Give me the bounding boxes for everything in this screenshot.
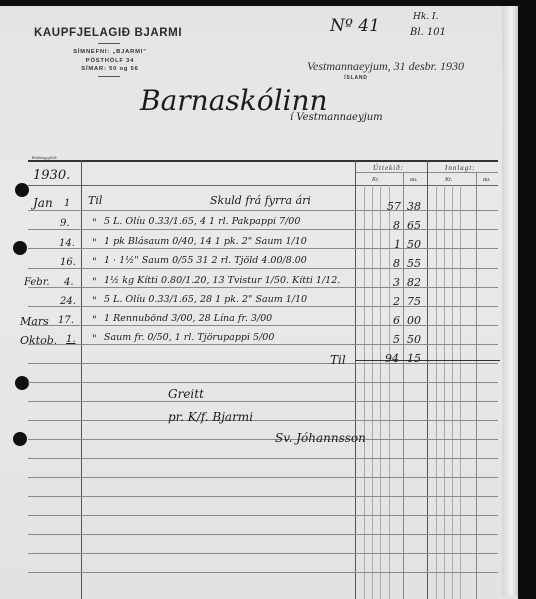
total-rule: [355, 360, 500, 361]
row-day: 16.: [60, 257, 76, 268]
total-label: Til: [330, 353, 346, 367]
ref-page: Bl. 101: [410, 27, 446, 38]
punch-hole-icon: [15, 376, 29, 390]
row-kr: 6: [393, 314, 400, 327]
received-per: pr. K/f. Bjarmi: [168, 410, 253, 424]
ref-book: Hk. I.: [413, 12, 438, 22]
row-line: [28, 420, 498, 421]
row-au: 75: [407, 295, 421, 308]
row-line: [28, 553, 498, 554]
total-kr: 94: [385, 352, 399, 365]
row-au: 65: [407, 219, 421, 232]
row-au: 00: [407, 314, 421, 327]
total-au: 15: [407, 352, 421, 365]
punch-hole-icon: [13, 241, 27, 255]
row-description: 1 pk Blásaum 0/40, 14 1 pk. 2" Saum 1/10: [104, 236, 307, 247]
row-line: [28, 477, 498, 478]
row-line: [28, 534, 498, 535]
divider: [98, 76, 120, 77]
row-line: [28, 572, 498, 573]
row-description: Saum fr. 0/50, 1 rl. Tjörupappi 5/00: [104, 332, 274, 343]
row-description: Skuld frá fyrra ári: [210, 194, 311, 207]
row-line: [28, 363, 498, 364]
row-day: 24.: [60, 296, 76, 307]
row-prefix: ": [92, 315, 97, 326]
row-line: [28, 382, 498, 383]
row-prefix: ": [92, 296, 97, 307]
row-line: [28, 268, 498, 269]
row-day: 4.: [64, 277, 74, 288]
invoice-number: Nº 41: [330, 16, 380, 36]
credit-kr-header: Kr.: [445, 177, 452, 183]
row-line: [28, 458, 498, 459]
phone-numbers: SÍMAR: 50 og 56: [60, 66, 160, 72]
paper-fold-edge: [502, 6, 518, 596]
row-prefix: ": [92, 277, 97, 288]
row-kr: 8: [393, 257, 400, 270]
country: ÍSLAND: [336, 75, 376, 81]
row-kr: 57: [387, 200, 401, 213]
row-month: Febr.: [24, 277, 50, 288]
row-description: 5 L. Olíu 0.33/1.65, 4 1 rl. Pakpappi 7/…: [104, 216, 300, 227]
row-line: [28, 229, 498, 230]
row-prefix: ": [92, 257, 97, 268]
ledger-year: 1930.: [33, 168, 70, 183]
row-description: 1 Rennubönd 3/00, 28 Lína fr. 3/00: [104, 313, 272, 324]
row-au: 82: [407, 276, 421, 289]
punch-hole-icon: [15, 183, 29, 197]
debit-column-header: Úttekið:: [373, 164, 404, 172]
row-au: 50: [407, 333, 421, 346]
row-day: 14.: [59, 238, 75, 249]
received-note: Greitt: [168, 387, 204, 401]
row-line: [28, 439, 498, 440]
row-prefix: Til: [88, 194, 102, 207]
row-line: [28, 210, 498, 211]
row-month: Mars: [20, 315, 49, 328]
row-day: 1: [64, 198, 70, 209]
row-description: 5 L. Olíu 0.33/1.65, 28 1 pk. 2" Saum 1/…: [104, 294, 307, 305]
row-line: [28, 248, 498, 249]
row-prefix: ": [92, 334, 97, 345]
row-month: Jan: [33, 196, 53, 210]
row-day: 17.: [58, 315, 74, 326]
row-prefix: ": [92, 238, 97, 249]
credit-column-header: Innlagt:: [445, 164, 476, 172]
row-kr: 1: [394, 238, 401, 251]
company-name: KAUPFJELAGIÐ BJARMI: [34, 27, 182, 39]
debit-au-header: au.: [410, 177, 418, 183]
row-line: [28, 325, 498, 326]
row-line: [28, 306, 498, 307]
row-prefix: ": [92, 218, 97, 229]
row-kr: 2: [393, 295, 400, 308]
row-kr: 8: [393, 219, 400, 232]
row-au: 55: [407, 257, 421, 270]
row-line: [28, 287, 498, 288]
row-line: [28, 515, 498, 516]
recipient-location: í Vestmannaeyjum: [290, 112, 383, 123]
place-date: Vestmannaeyjum, 31 desbr. 1930: [307, 59, 464, 74]
po-box: PÓSTHÓLF 34: [60, 58, 160, 64]
row-au: 38: [407, 200, 421, 213]
row-kr: 3: [393, 276, 400, 289]
row-au: 50: [407, 238, 421, 251]
row-month: Oktob.: [20, 334, 57, 347]
row-line: [28, 496, 498, 497]
punch-hole-icon: [13, 432, 27, 446]
row-day: 1.: [66, 334, 76, 345]
row-description: 1 · 1½" Saum 0/55 31 2 rl. Tjöld 4.00/8.…: [104, 255, 307, 266]
row-line: [28, 344, 498, 345]
row-description: 1½ kg Kítti 0.80/1.20, 13 Tvistur 1/50. …: [104, 275, 340, 286]
row-day: 9.: [60, 218, 70, 229]
row-kr: 5: [393, 333, 400, 346]
row-line: [28, 401, 498, 402]
telegram-address: SÍMNEFNI: „BJARMI": [60, 49, 160, 55]
signature: Sv. Jóhannsson: [275, 431, 366, 445]
divider: [98, 43, 120, 44]
credit-au-header: au.: [483, 177, 491, 183]
debit-kr-header: Kr.: [372, 177, 379, 183]
